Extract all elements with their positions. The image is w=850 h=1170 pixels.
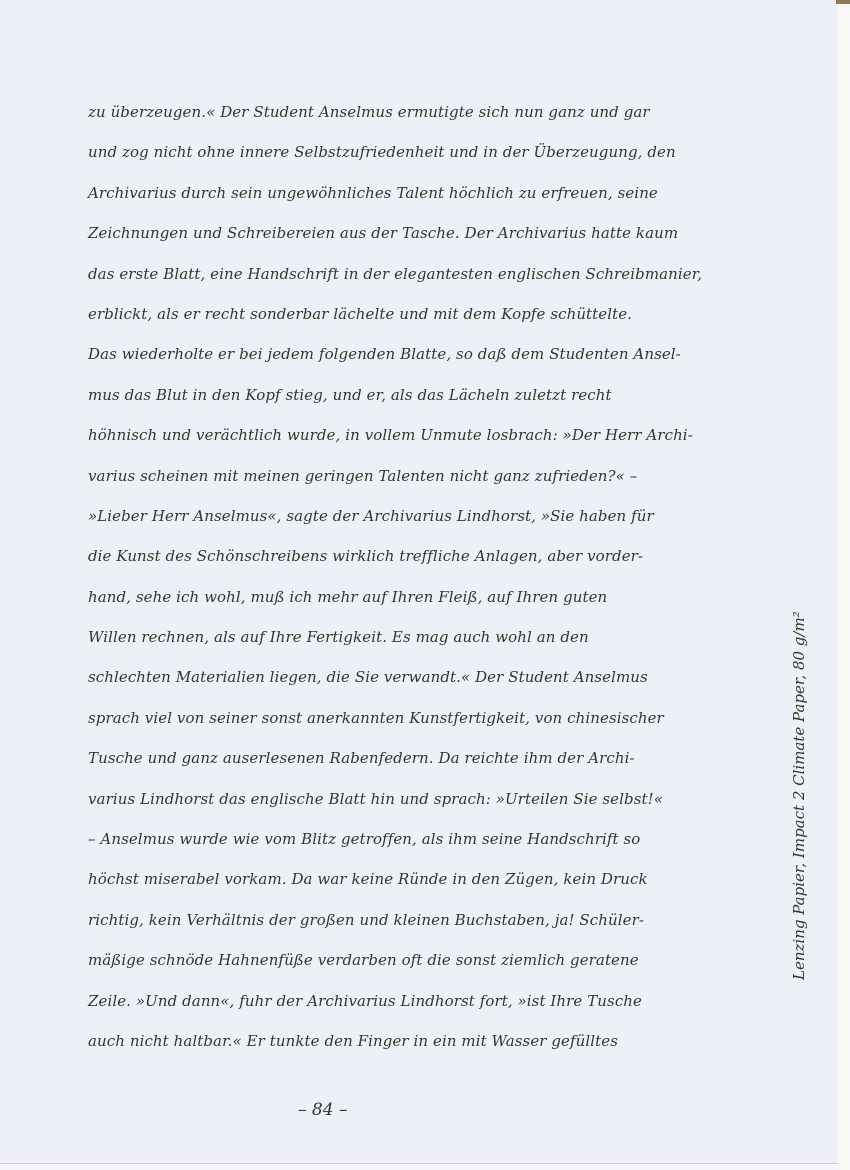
text-line: Willen rechnen, als auf Ihre Fertigkeit.… (88, 617, 758, 657)
text-line: Zeichnungen und Schreibereien aus der Ta… (88, 213, 758, 253)
text-line: »Lieber Herr Anselmus«, sagte der Archiv… (88, 496, 758, 536)
text-line: hand, sehe ich wohl, muß ich mehr auf Ih… (88, 577, 758, 617)
text-line: mäßige schnöde Hahnenfüße verdarben oft … (88, 940, 758, 980)
page-number: – 84 – (298, 1100, 398, 1120)
text-line: sprach viel von seiner sonst anerkannten… (88, 698, 758, 738)
scan-edge-corner (836, 0, 850, 4)
text-line: höhnisch und verächtlich wurde, in volle… (88, 415, 758, 455)
text-line: richtig, kein Verhältnis der großen und … (88, 900, 758, 940)
text-line: mus das Blut in den Kopf stieg, und er, … (88, 375, 758, 415)
text-line: – Anselmus wurde wie vom Blitz getroffen… (88, 819, 758, 859)
text-line: schlechten Materialien liegen, die Sie v… (88, 657, 758, 697)
text-line: die Kunst des Schönschreibens wirklich t… (88, 536, 758, 576)
text-line: erblickt, als er recht sonderbar lächelt… (88, 294, 758, 334)
margin-note-paper-info: Lenzing Papier, Impact 2 Climate Paper, … (790, 611, 808, 980)
handwritten-text-body: zu überzeugen.« Der Student Anselmus erm… (88, 92, 768, 1061)
text-line: das erste Blatt, eine Handschrift in der… (88, 254, 758, 294)
text-line: varius scheinen mit meinen geringen Tale… (88, 456, 758, 496)
text-line: Tusche und ganz auserlesenen Rabenfedern… (88, 738, 758, 778)
text-line: Zeile. »Und dann«, fuhr der Archivarius … (88, 981, 758, 1021)
text-line: zu überzeugen.« Der Student Anselmus erm… (88, 92, 758, 132)
text-line: auch nicht haltbar.« Er tunkte den Finge… (88, 1021, 758, 1061)
text-line: Archivarius durch sein ungewöhnliches Ta… (88, 173, 758, 213)
text-line: höchst miserabel vorkam. Da war keine Rü… (88, 859, 758, 899)
text-line: und zog nicht ohne innere Selbstzufriede… (88, 132, 758, 172)
scan-edge (838, 0, 850, 1170)
text-line: varius Lindhorst das englische Blatt hin… (88, 779, 758, 819)
text-line: Das wiederholte er bei jedem folgenden B… (88, 334, 758, 374)
